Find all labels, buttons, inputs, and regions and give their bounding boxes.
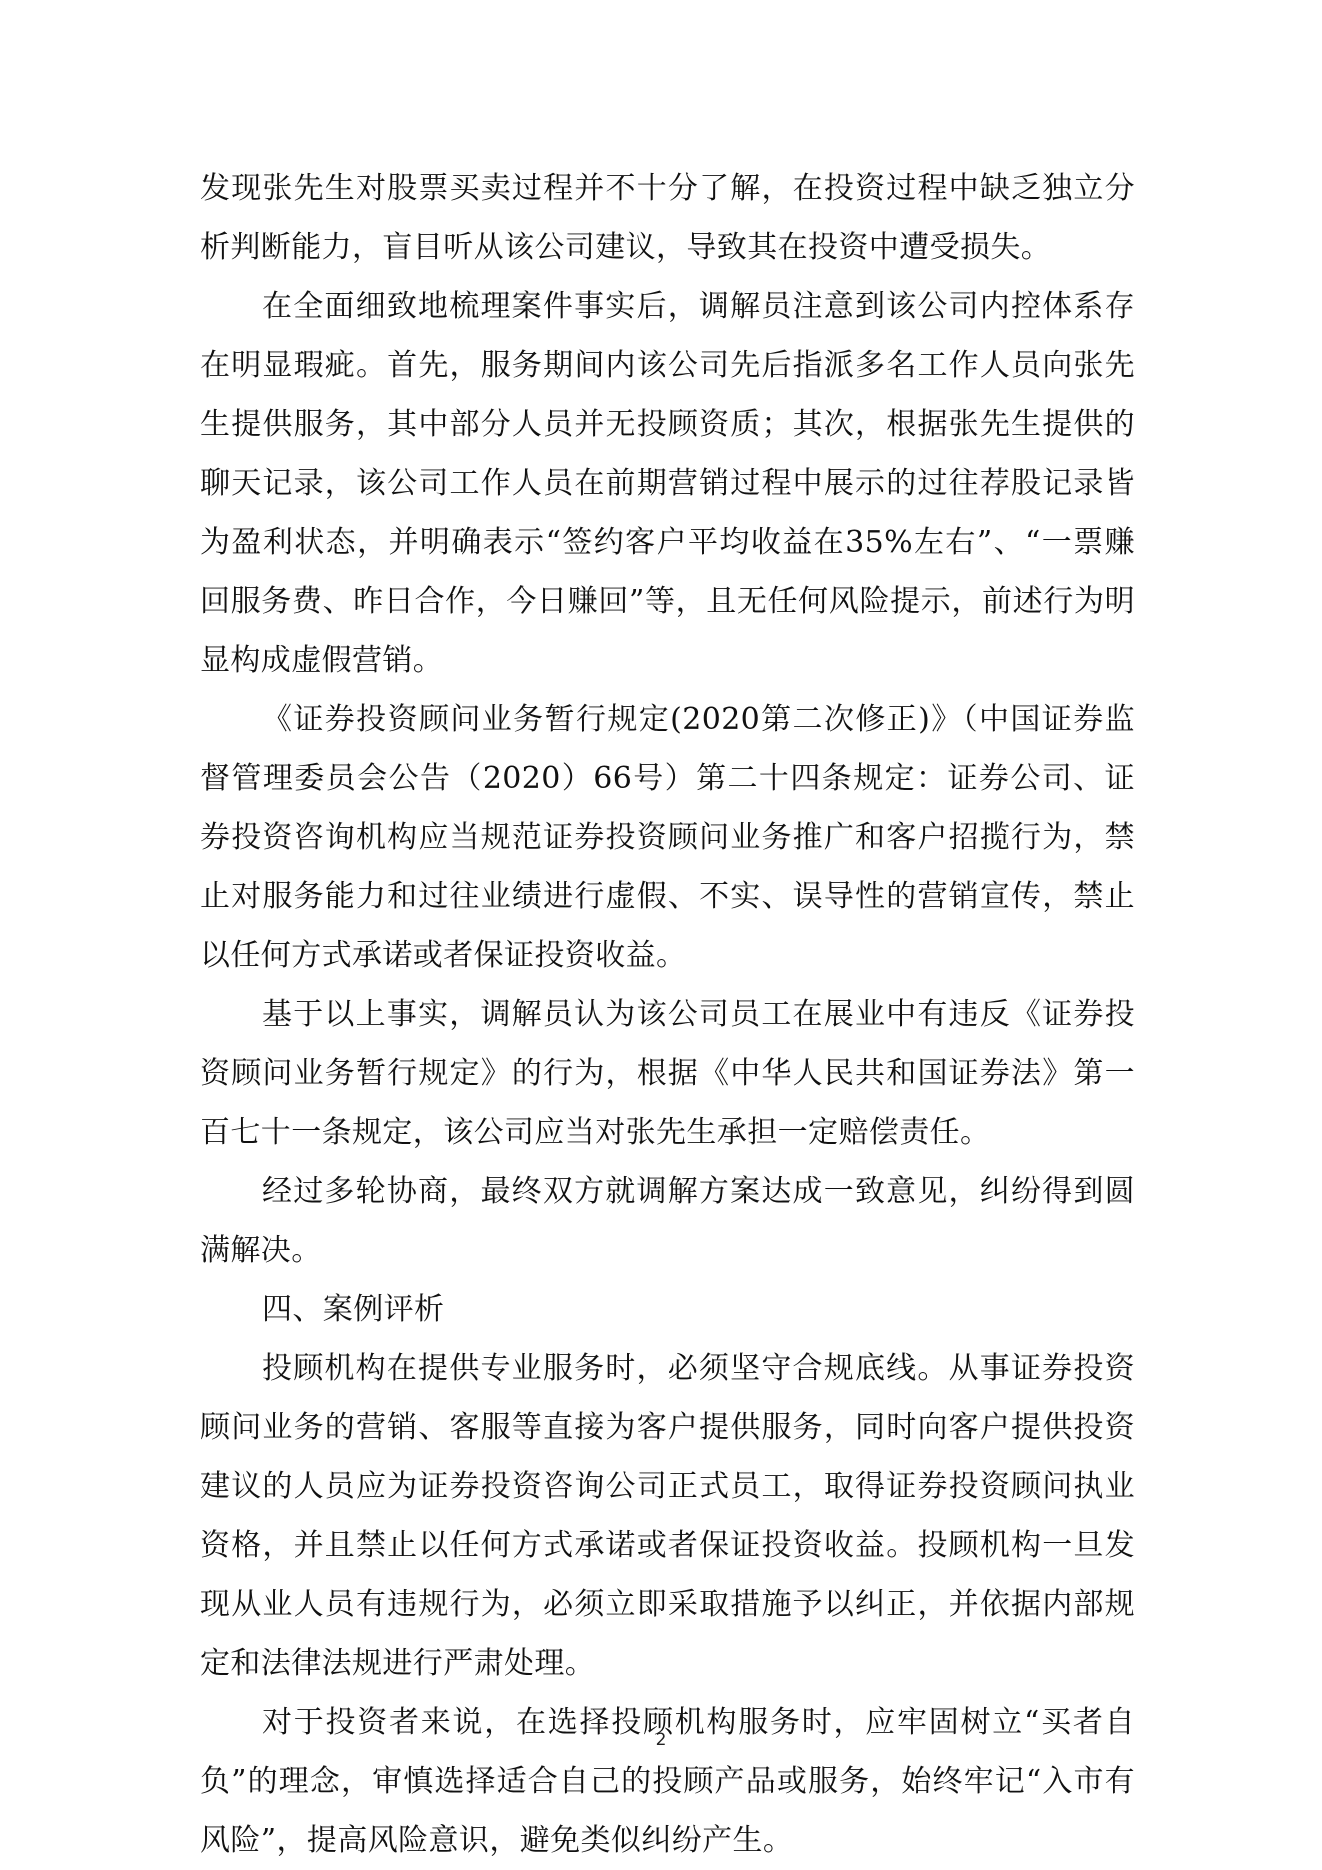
page-number: 2 — [0, 1730, 1322, 1750]
paragraph-resolution: 经过多轮协商，最终双方就调解方案达成一致意见，纠纷得到圆满解决。 — [200, 1162, 1135, 1280]
paragraph-investor-advice: 对于投资者来说，在选择投顾机构服务时，应牢固树立“买者自负”的理念，审慎选择适合… — [200, 1693, 1135, 1870]
paragraph-internal-control-findings: 在全面细致地梳理案件事实后，调解员注意到该公司内控体系存在明显瑕疵。首先，服务期… — [200, 277, 1135, 690]
document-body: 发现张先生对股票买卖过程并不十分了解，在投资过程中缺乏独立分析判断能力，盲目听从… — [200, 159, 1135, 1870]
paragraph-advisor-compliance: 投顾机构在提供专业服务时，必须坚守合规底线。从事证券投资顾问业务的营销、客服等直… — [200, 1339, 1135, 1693]
paragraph-regulation-citation: 《证券投资顾问业务暂行规定(2020第二次修正)》（中国证券监督管理委员会公告（… — [200, 690, 1135, 985]
paragraph-mediator-conclusion: 基于以上事实，调解员认为该公司员工在展业中有违反《证券投资顾问业务暂行规定》的行… — [200, 985, 1135, 1162]
document-page: 发现张先生对股票买卖过程并不十分了解，在投资过程中缺乏独立分析判断能力，盲目听从… — [0, 0, 1322, 1870]
section-heading-case-analysis: 四、案例评析 — [200, 1280, 1135, 1339]
paragraph-case-background: 发现张先生对股票买卖过程并不十分了解，在投资过程中缺乏独立分析判断能力，盲目听从… — [200, 159, 1135, 277]
